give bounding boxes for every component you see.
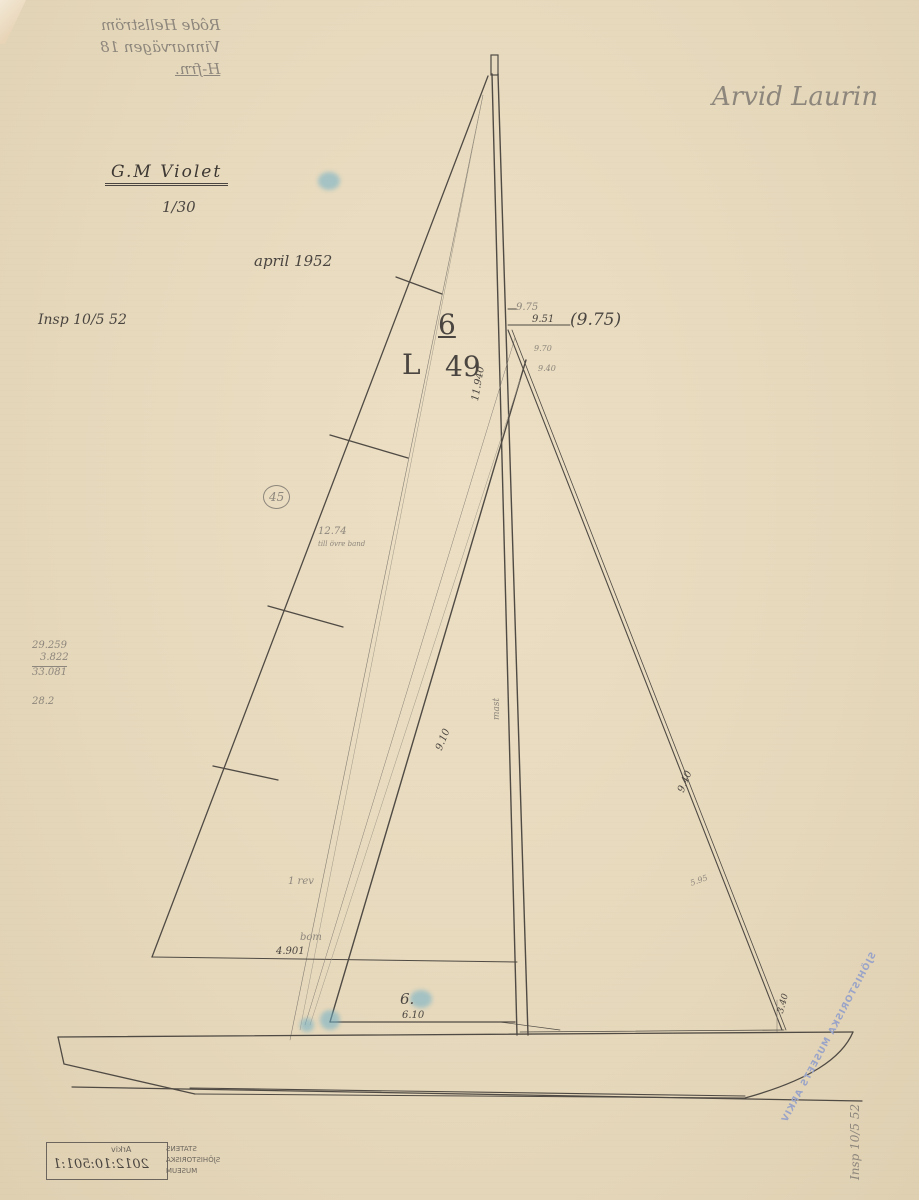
date-label: april 1952 [254, 252, 332, 270]
dim-mast-top: 9.51 [532, 314, 554, 325]
bottom-right-note: Insp 10/5 52 [848, 1104, 862, 1180]
initials-note: Insp 10/5 52 [38, 312, 127, 328]
dim-jib-foot: 6.10 [402, 1010, 424, 1021]
leech-note: 12.74 [318, 526, 347, 537]
mirrored-header-line3: H-frn. [175, 58, 220, 80]
stamp-line-3: MUSEUM [166, 1166, 197, 1177]
blue-ink-blot [318, 172, 340, 190]
reef-label: 1 rev [288, 876, 314, 887]
circled-number: 45 [263, 485, 290, 509]
class-number: 6 [438, 308, 456, 341]
dim-boom: 4.901 [276, 946, 305, 957]
dim-mast-top-alt: (9.75) [570, 310, 621, 330]
stamp-line-2: SJÖHISTORISKA [166, 1155, 220, 1166]
hull [58, 1030, 862, 1101]
leech-note-sub: till övre band [318, 540, 365, 548]
calc-line2: 3.822 [40, 652, 69, 663]
scale-label: 1/30 [162, 198, 196, 216]
forestay [508, 330, 786, 1030]
archive-stamp-label: Arkiv [111, 1145, 131, 1154]
jib [305, 338, 526, 1025]
mast-label: mast [492, 698, 502, 720]
blue-ink-blot [300, 1018, 314, 1032]
mirrored-header-line2: Vinnarvägen 18 [100, 36, 220, 58]
mirrored-header: Rôde Hellström Vinnarvägen 18 H-frn. [60, 14, 220, 80]
mast [491, 55, 528, 1035]
calc-sum: 33.081 [32, 666, 67, 678]
archive-stamp: Arkiv 2012:10:501:1 [46, 1142, 168, 1180]
boom-label: bom [300, 932, 322, 943]
archive-stamp-number: 2012:10:501:1 [53, 1157, 149, 1172]
blue-ink-blot [320, 1010, 340, 1030]
boat-title: G.M Violet [105, 162, 228, 186]
sail-letter: L [402, 348, 421, 381]
calc-note: 28.2 [32, 696, 54, 707]
stamp-line-1: STATENS [166, 1144, 197, 1155]
dim-forestay-lower: 9.40 [538, 364, 556, 373]
dim-forestay-upper: 9.70 [534, 344, 552, 353]
dim-jib-foot-alt: 6. [400, 990, 414, 1008]
mirrored-header-line1: Rôde Hellström [101, 14, 220, 36]
dim-mast-top-upper: 9.75 [516, 302, 538, 313]
signature: Arvid Laurin [712, 82, 878, 112]
archive-stamp-museum: STATENS SJÖHISTORISKA MUSEUM [166, 1142, 246, 1180]
calc-line1: 29.259 [32, 640, 67, 651]
